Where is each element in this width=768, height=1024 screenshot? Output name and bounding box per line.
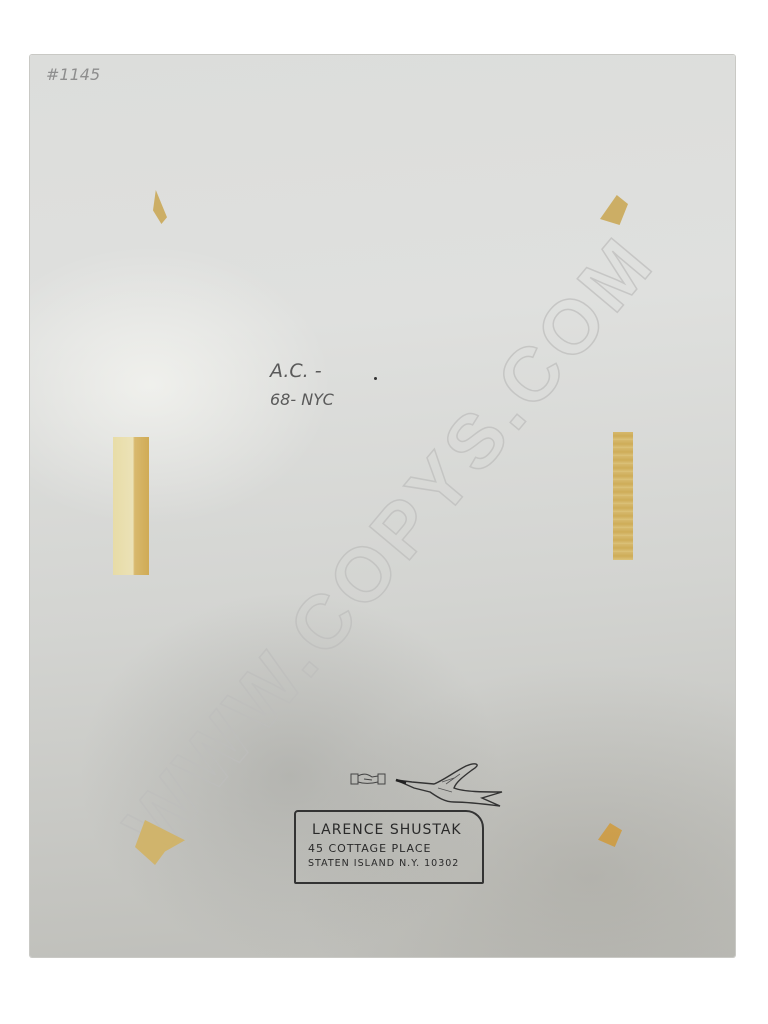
stamp-address-street: 45 COTTAGE PLACE bbox=[308, 842, 432, 855]
photographer-name: LARENCE SHUSTAK bbox=[312, 822, 462, 838]
stamp-address-city: STATEN ISLAND N.Y. 10302 bbox=[308, 858, 459, 869]
handshake-icon bbox=[350, 770, 386, 788]
handwritten-note-initials: A.C. - bbox=[270, 360, 322, 382]
tape-strip-right bbox=[613, 432, 633, 560]
handwritten-note-date-place: 68- NYC bbox=[270, 390, 334, 409]
swallow-bird-icon bbox=[394, 762, 504, 812]
ink-dot bbox=[374, 377, 377, 380]
photographer-stamp: LARENCE SHUSTAK 45 COTTAGE PLACE STATEN … bbox=[290, 760, 510, 890]
tape-strip-left bbox=[113, 437, 149, 575]
inventory-number: #1145 bbox=[46, 65, 100, 84]
